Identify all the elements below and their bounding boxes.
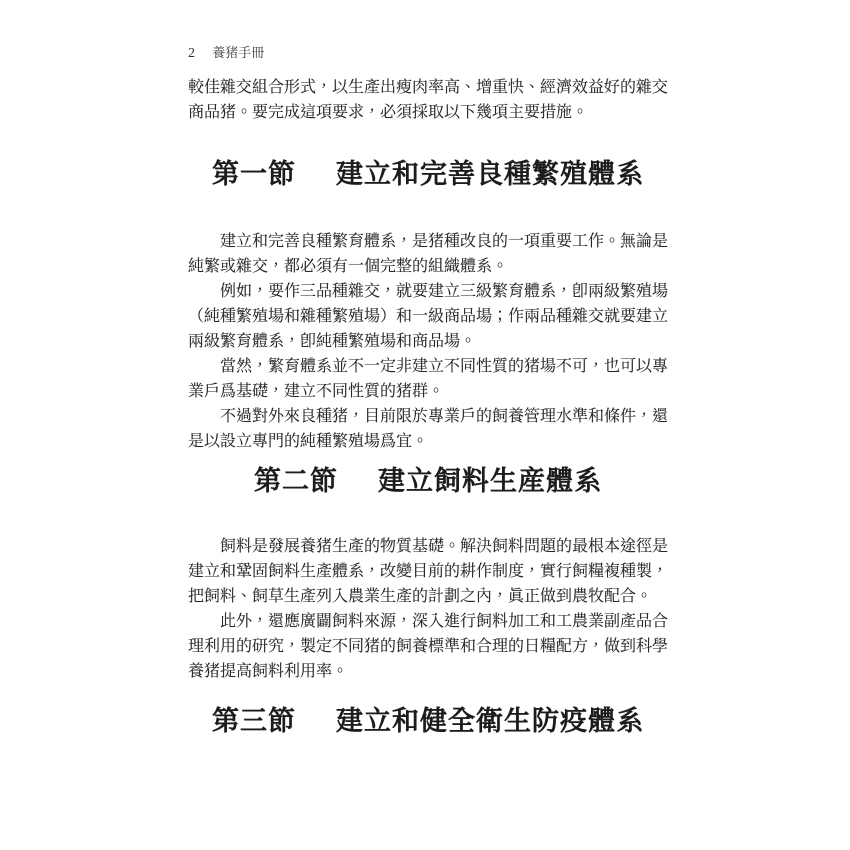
section-1-paragraph: 不過對外來良種猪，目前限於專業戶的飼養管理水準和條件，還是以設立專門的純種繁殖場… xyxy=(188,404,668,454)
section-2-number: 第二節 xyxy=(254,466,338,496)
book-page: 2 養猪手冊 較佳雜交組合形式，以生產出瘦肉率高、增重快、經濟效益好的雜交商品猪… xyxy=(188,44,668,736)
section-2-paragraph: 飼料是發展養猪生產的物質基礎。解決飼料問題的最根本途徑是建立和鞏固飼料生產體系，… xyxy=(188,534,668,609)
section-2-paragraph: 此外，還應廣闢飼料來源，深入進行飼料加工和工農業副產品合理利用的研究，製定不同猪… xyxy=(188,609,668,684)
section-3-heading: 第三節建立和健全衛生防疫體系 xyxy=(188,706,668,736)
intro-paragraph: 較佳雜交組合形式，以生產出瘦肉率高、增重快、經濟效益好的雜交商品猪。要完成這項要… xyxy=(188,75,668,125)
section-2-heading: 第二節建立飼料生産體系 xyxy=(188,466,668,496)
section-1-paragraph: 當然，繁育體系並不一定非建立不同性質的猪場不可，也可以專業戶爲基礎，建立不同性質… xyxy=(188,354,668,404)
section-2-title: 建立飼料生産體系 xyxy=(378,466,602,496)
section-1-paragraph: 例如，要作三品種雜交，就要建立三級繁育體系，卽兩級繁殖場（純種繁殖場和雜種繁殖場… xyxy=(188,279,668,354)
section-1-paragraph: 建立和完善良種繁育體系，是猪種改良的一項重要工作。無論是純繁或雜交，都必須有一個… xyxy=(188,229,668,279)
section-1-heading: 第一節建立和完善良種繁殖體系 xyxy=(188,159,668,189)
section-3-title: 建立和健全衛生防疫體系 xyxy=(336,706,644,736)
section-1-number: 第一節 xyxy=(212,159,296,189)
section-3-number: 第三節 xyxy=(212,706,296,736)
book-title: 養猪手冊 xyxy=(212,45,264,60)
page-number: 2 xyxy=(188,46,195,61)
running-header: 2 養猪手冊 xyxy=(188,44,668,63)
section-1-title: 建立和完善良種繁殖體系 xyxy=(336,159,644,189)
